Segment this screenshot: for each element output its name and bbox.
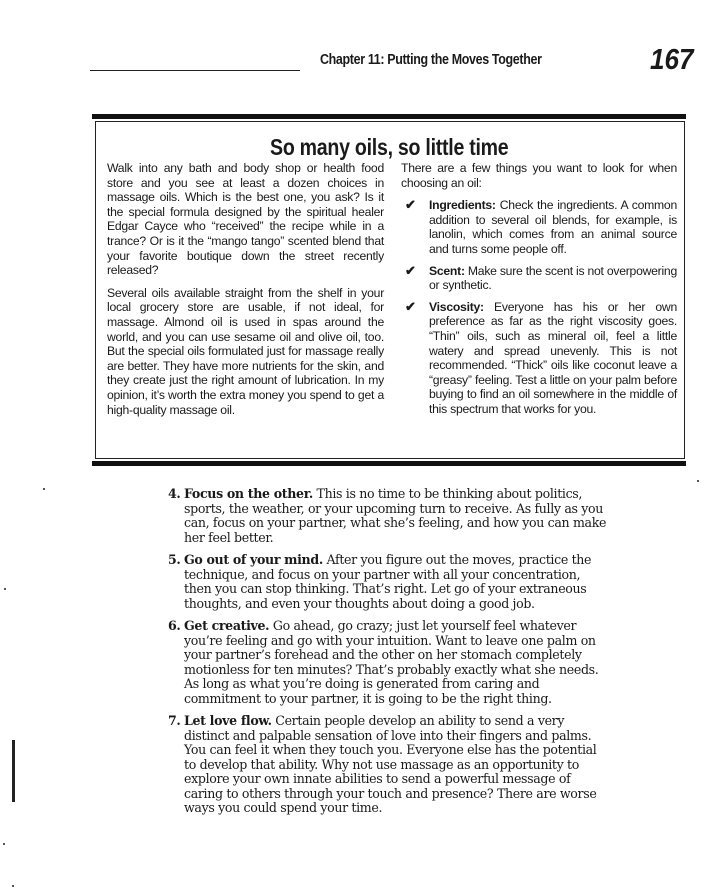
numbered-steps: 4. Focus on the other. This is no time t… [168, 487, 608, 824]
sidebar-right-column: There are a few things you want to look … [401, 161, 677, 424]
running-head: Chapter 11: Putting the Moves Together 1… [90, 44, 702, 76]
sidebar-title-text: So many oils, so little time [270, 134, 508, 161]
oil-criteria-list: ✔ Ingredients: Check the ingredients. A … [401, 198, 677, 416]
step-number: 6. [168, 619, 180, 634]
list-item: ✔ Scent: Make sure the scent is not over… [401, 264, 677, 293]
scan-speck [12, 885, 14, 887]
bullet-term: Scent: [429, 264, 465, 278]
scan-speck [4, 588, 6, 590]
chapter-title: Chapter 11: Putting the Moves Together [320, 52, 542, 68]
step-lead: Focus on the other. [184, 486, 313, 501]
step-number: 5. [168, 553, 180, 568]
scan-speck [43, 488, 45, 490]
bullet-term: Viscosity: [429, 300, 484, 314]
step-lead: Go out of your mind. [184, 552, 323, 567]
step-item: 6. Get creative. Go ahead, go crazy; jus… [168, 619, 608, 706]
step-number: 4. [168, 487, 180, 502]
step-number: 7. [168, 714, 180, 729]
sidebar-title: So many oils, so little time [92, 134, 686, 161]
checkmark-icon: ✔ [405, 300, 416, 315]
checkmark-icon: ✔ [405, 198, 416, 213]
sidebar-box: So many oils, so little time Walk into a… [92, 112, 692, 462]
sidebar-paragraph: Walk into any bath and body shop or heal… [107, 161, 384, 278]
checkmark-icon: ✔ [405, 264, 416, 279]
page-number: 167 [650, 44, 694, 77]
sidebar-top-rule [92, 114, 686, 119]
step-text: Certain people develop an ability to sen… [184, 713, 596, 815]
step-item: 5. Go out of your mind. After you figure… [168, 553, 608, 611]
bullet-text: Everyone has his or her own preference a… [429, 300, 677, 416]
sidebar-left-column: Walk into any bath and body shop or heal… [107, 161, 384, 425]
list-item: ✔ Viscosity: Everyone has his or her own… [401, 300, 677, 417]
sidebar-bottom-rule [92, 461, 686, 466]
step-item: 7. Let love flow. Certain people develop… [168, 714, 608, 816]
bullet-text: Make sure the scent is not overpowering … [429, 264, 677, 293]
sidebar-intro: There are a few things you want to look … [401, 161, 677, 190]
scan-artifact [12, 740, 15, 802]
list-item: ✔ Ingredients: Check the ingredients. A … [401, 198, 677, 256]
header-rule [90, 70, 300, 71]
bullet-term: Ingredients: [429, 198, 496, 212]
step-item: 4. Focus on the other. This is no time t… [168, 487, 608, 545]
scan-speck [3, 843, 5, 845]
step-lead: Get creative. [184, 618, 269, 633]
sidebar-paragraph: Several oils available straight from the… [107, 286, 384, 417]
scan-speck [697, 480, 699, 482]
step-lead: Let love flow. [184, 713, 272, 728]
